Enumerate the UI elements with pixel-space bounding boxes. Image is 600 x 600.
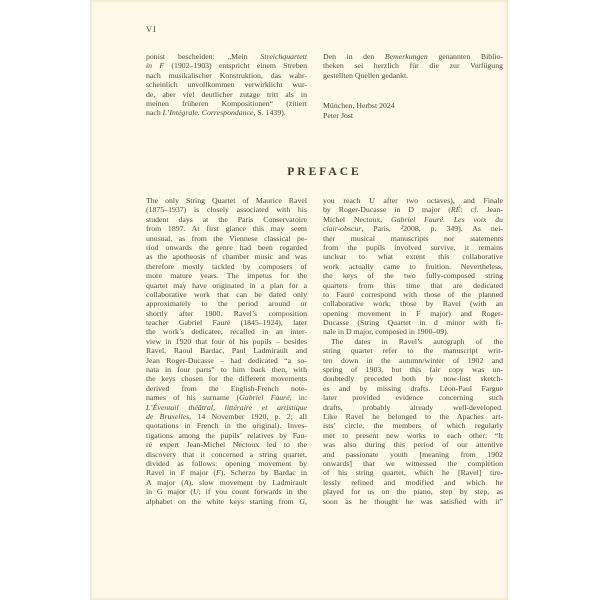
preface-right-column: you reach U after two octaves), and Fina… bbox=[323, 196, 503, 506]
text-line: shortly after 1900. Ravel’s composition bbox=[146, 309, 307, 318]
text-line: A major (A), slow movement by Ladmirault bbox=[146, 478, 307, 487]
text-line: derived from the English-French note- bbox=[146, 384, 307, 393]
text-line: ponist bescheiden: „Mein Streichquartett bbox=[146, 52, 307, 61]
text-line: L’Éventail théâtral, littéraire et artis… bbox=[146, 403, 307, 412]
paper-sheet: VI ponist bescheiden: „Mein Streichquart… bbox=[90, 0, 508, 600]
text-line: onwards] that we witnessed the completio… bbox=[323, 459, 503, 468]
text-line: quartets from this time that are dedicat… bbox=[323, 281, 503, 290]
text-line: divided as follows: opening movement by bbox=[146, 459, 307, 468]
text-line: Ducasse (String Quartet in d minor with … bbox=[323, 318, 503, 327]
text-line: Like Ravel he belonged to the Apaches ar… bbox=[323, 412, 503, 421]
text-line: therefore mostly tackled by composers of bbox=[146, 262, 307, 271]
text-line: ists’ circle, the members of which regul… bbox=[323, 421, 503, 430]
text-line: nach musikalischer Konstruktion, das wah… bbox=[146, 71, 307, 80]
acknowledgement-paragraph: Den in den Bemerkungen genannten Biblio-… bbox=[323, 52, 503, 80]
text-line: Jean Roger-Ducasse – had dedicated “a so… bbox=[146, 356, 307, 365]
text-line: Michel Nectoux, Gabriel Fauré. Les voix … bbox=[323, 215, 503, 224]
text-line: soon as he thought he was satisfied with… bbox=[323, 497, 503, 506]
text-line: discovery that it concerned a string qua… bbox=[146, 450, 307, 459]
text-line: quartet may have originated in a plan fo… bbox=[146, 281, 307, 290]
text-line: in F (1902–1903) entspricht einem Strebe… bbox=[146, 61, 307, 70]
signature-block: München, Herbst 2024 Peter Jost bbox=[323, 101, 503, 120]
text-line: string quartet refer to the manuscript w… bbox=[323, 346, 503, 355]
text-line: the work’s dedicatee, recalled in an int… bbox=[146, 327, 307, 336]
preface-left-column: The only String Quartet of Maurice Ravel… bbox=[146, 196, 307, 506]
german-foreword-right-column: Den in den Bemerkungen genannten Biblio-… bbox=[323, 52, 503, 120]
text-line: nach L’Intégrale. Correspondance, S. 143… bbox=[146, 108, 307, 117]
text-line: teacher Gabriel Fauré (1845–1924), later bbox=[146, 318, 307, 327]
text-line: was also during this period of our atten… bbox=[323, 440, 503, 449]
text-line: Den in den Bemerkungen genannten Biblio- bbox=[323, 52, 503, 61]
text-line: as the apotheosis of chamber music and w… bbox=[146, 252, 307, 261]
text-line: scheinlich unvollkommen verwirklicht wur… bbox=[146, 80, 307, 89]
text-line: nale in D major, composed in 1900–09). bbox=[323, 327, 503, 336]
text-line: ré expert Jean-Michel Nectoux led to the bbox=[146, 440, 307, 449]
text-line: de Bruxelles, 14 November 1920, p. 2; al… bbox=[146, 412, 307, 421]
text-line: lessly refined and modified and which he bbox=[323, 478, 503, 487]
text-line: of his string quartet, which he [Ravel] … bbox=[323, 468, 503, 477]
text-line: ther musical manuscripts nor statements bbox=[323, 234, 503, 243]
page-number: VI bbox=[146, 24, 157, 34]
text-line: in G major (U; if you count forwards in … bbox=[146, 487, 307, 496]
text-line: met to present new works to each other: … bbox=[323, 431, 503, 440]
preface-heading: PREFACE bbox=[146, 166, 503, 178]
text-line: unusual, as from the Viennese classical … bbox=[146, 234, 307, 243]
text-line: ten down in the autumn/winter of 1902 an… bbox=[323, 356, 503, 365]
text-line: (1875–1937) is closely associated with h… bbox=[146, 205, 307, 214]
text-line: Ravel, Raoul Bardac, Paul Ladmirault and bbox=[146, 346, 307, 355]
text-line: from 1897. At first glance this may seem bbox=[146, 224, 307, 233]
text-line: work actually came to fruition. Neverthe… bbox=[323, 262, 503, 271]
text-line: gestellten Quellen gedankt. bbox=[323, 71, 503, 80]
text-line: es and by missing drafts. Léon-Paul Farg… bbox=[323, 384, 503, 393]
text-line: tigations among the pupils’ relatives by… bbox=[146, 431, 307, 440]
text-line: more mature years. The impetus for the bbox=[146, 271, 307, 280]
text-line: quotations in French in the original). I… bbox=[146, 421, 307, 430]
text-line: and passionate youth [meaning from 1902 bbox=[323, 450, 503, 459]
text-line: unclear to what extent this collaborativ… bbox=[323, 252, 503, 261]
text-line: doubtedly preceded both by now-lost sket… bbox=[323, 374, 503, 383]
author-name: Peter Jost bbox=[323, 111, 503, 120]
text-line: spring of 1903, but this fair copy was u… bbox=[323, 365, 503, 374]
place-date-line: München, Herbst 2024 bbox=[323, 101, 503, 110]
text-line: riod onwards the genre had been regarded bbox=[146, 243, 307, 252]
text-line: collaborative work that can be dated onl… bbox=[146, 290, 307, 299]
text-line: opening movement in F major) and Roger- bbox=[323, 309, 503, 318]
text-line: the keys chosen for the different moveme… bbox=[146, 374, 307, 383]
text-line: The only String Quartet of Maurice Ravel bbox=[146, 196, 307, 205]
text-line: you reach U after two octaves), and Fina… bbox=[323, 196, 503, 205]
text-line: alphabet on the white keys starting from… bbox=[146, 497, 307, 506]
text-line: drafts, probably already well-developed. bbox=[323, 403, 503, 412]
text-line: meinen früheren Kompositionen“ (zitiert bbox=[146, 99, 307, 108]
text-line: by Roger-Ducasse in D major (RÉ; cf. Jea… bbox=[323, 205, 503, 214]
text-line: student days at the Paris Conservatoire bbox=[146, 215, 307, 224]
text-line: theken sei herzlich für die zur Verfügun… bbox=[323, 61, 503, 70]
text-line: clair-obscur, Paris, ²2008, p. 349). As … bbox=[323, 224, 503, 233]
text-line: Ravel in F major (F), Scherzo by Bardac … bbox=[146, 468, 307, 477]
text-line: The dates in Ravel’s autograph of the bbox=[323, 337, 503, 346]
scanned-book-page: VI ponist bescheiden: „Mein Streichquart… bbox=[0, 0, 600, 600]
text-line: approximately to the period around or bbox=[146, 299, 307, 308]
text-line: collaborative work; those by Ravel (with… bbox=[323, 299, 503, 308]
text-line: to Fauré correspond with those of the pl… bbox=[323, 290, 503, 299]
text-line: the keys of the two fully-composed strin… bbox=[323, 271, 503, 280]
text-line: view in 1920 that four of his pupils – b… bbox=[146, 337, 307, 346]
german-foreword-left-column: ponist bescheiden: „Mein Streichquartett… bbox=[146, 52, 307, 118]
text-line: later provided evidence concerning such bbox=[323, 393, 503, 402]
text-line: played for us on the piano, step by step… bbox=[323, 487, 503, 496]
text-line: from the pupils involved survive, it rem… bbox=[323, 243, 503, 252]
text-line: nata in four parts” to him back then, wi… bbox=[146, 365, 307, 374]
text-line: de, aber viel deutlicher zutage tritt al… bbox=[146, 90, 307, 99]
text-line: names of his surname (Gabriel Fauré, in: bbox=[146, 393, 307, 402]
